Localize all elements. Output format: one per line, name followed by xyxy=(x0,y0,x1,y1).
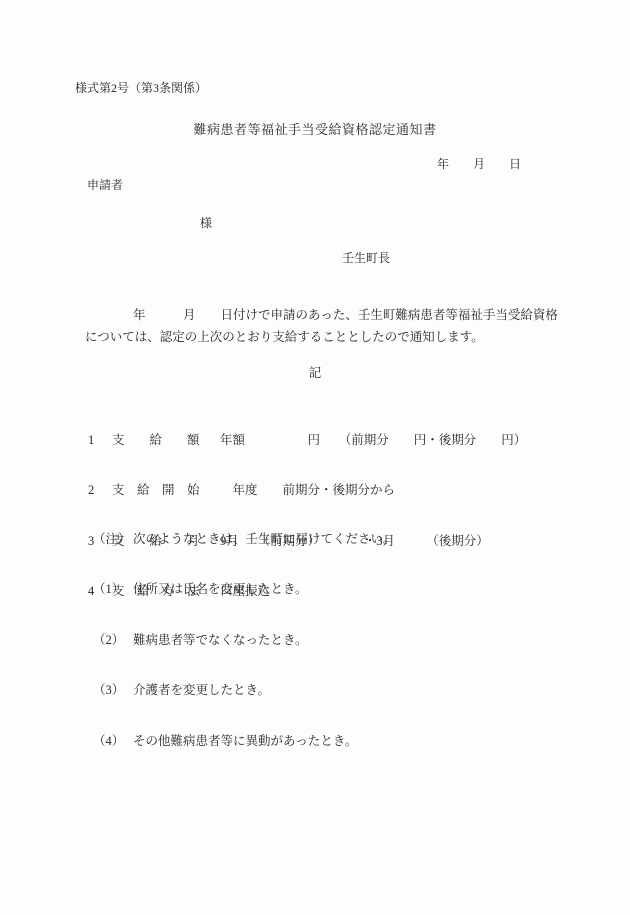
benefit-row-payment-start: 2 支 給 開 始 年度 前期分・後期分から xyxy=(88,483,526,505)
notes-header: （注） 次のようなときは、壬生町に届けてください。 xyxy=(93,532,396,554)
form-number: 様式第2号（第3条関係） xyxy=(75,82,207,96)
applicant-label: 申請者 xyxy=(87,179,123,193)
note-item-address-change: （1） 住所又は氏名を変更したとき。 xyxy=(93,582,396,604)
benefit-row-number: 2 xyxy=(88,483,112,497)
issuer-mayor-name: 壬生町長 xyxy=(342,252,390,266)
note-item-no-longer-patient: （2） 難病患者等でなくなったとき。 xyxy=(93,633,396,655)
notification-document-page: 様式第2号（第3条関係） 難病患者等福祉手当受給資格認定通知書 年 月 日 申請… xyxy=(0,0,630,915)
benefit-row-value: 年度 前期分・後期分から xyxy=(220,483,395,497)
note-item-other-changes: （4） その他難病患者等に異動があったとき。 xyxy=(93,734,396,756)
note-text: 住所又は氏名を変更したとき。 xyxy=(133,582,308,596)
benefit-row-label: 支 給 額 xyxy=(112,433,220,447)
note-text: 難病患者等でなくなったとき。 xyxy=(133,633,308,647)
note-item-caregiver-change: （3） 介護者を変更したとき。 xyxy=(93,683,396,705)
note-marker: （3） xyxy=(93,683,133,697)
note-text: 介護者を変更したとき。 xyxy=(133,683,270,697)
body-paragraph-line-1: 年 月 日付けで申請のあった、壬生町難病患者等福祉手当受給資格 xyxy=(133,308,558,322)
body-paragraph-line-2: については、認定の上次のとおり支給することとしたので通知します。 xyxy=(85,330,484,344)
note-marker: （2） xyxy=(93,633,133,647)
benefit-row-number: 1 xyxy=(88,433,112,447)
benefit-row-value: 年額 円 （前期分 円・後期分 円） xyxy=(220,433,526,447)
note-marker: （注） xyxy=(93,532,133,546)
date-blank-line: 年 月 日 xyxy=(437,158,521,172)
note-marker: （4） xyxy=(93,734,133,748)
note-text: その他難病患者等に異動があったとき。 xyxy=(133,734,357,748)
honorific-sama: 様 xyxy=(200,217,212,231)
document-title: 難病患者等福祉手当受給資格認定通知書 xyxy=(0,123,630,138)
note-text: 次のようなときは、壬生町に届けてください。 xyxy=(133,532,396,546)
record-heading: 記 xyxy=(0,366,630,380)
notes-section: （注） 次のようなときは、壬生町に届けてください。 （1） 住所又は氏名を変更し… xyxy=(93,503,396,784)
note-marker: （1） xyxy=(93,582,133,596)
benefit-row-label: 支 給 開 始 xyxy=(112,483,220,497)
benefit-row-payment-amount: 1 支 給 額 年額 円 （前期分 円・後期分 円） xyxy=(88,433,526,455)
